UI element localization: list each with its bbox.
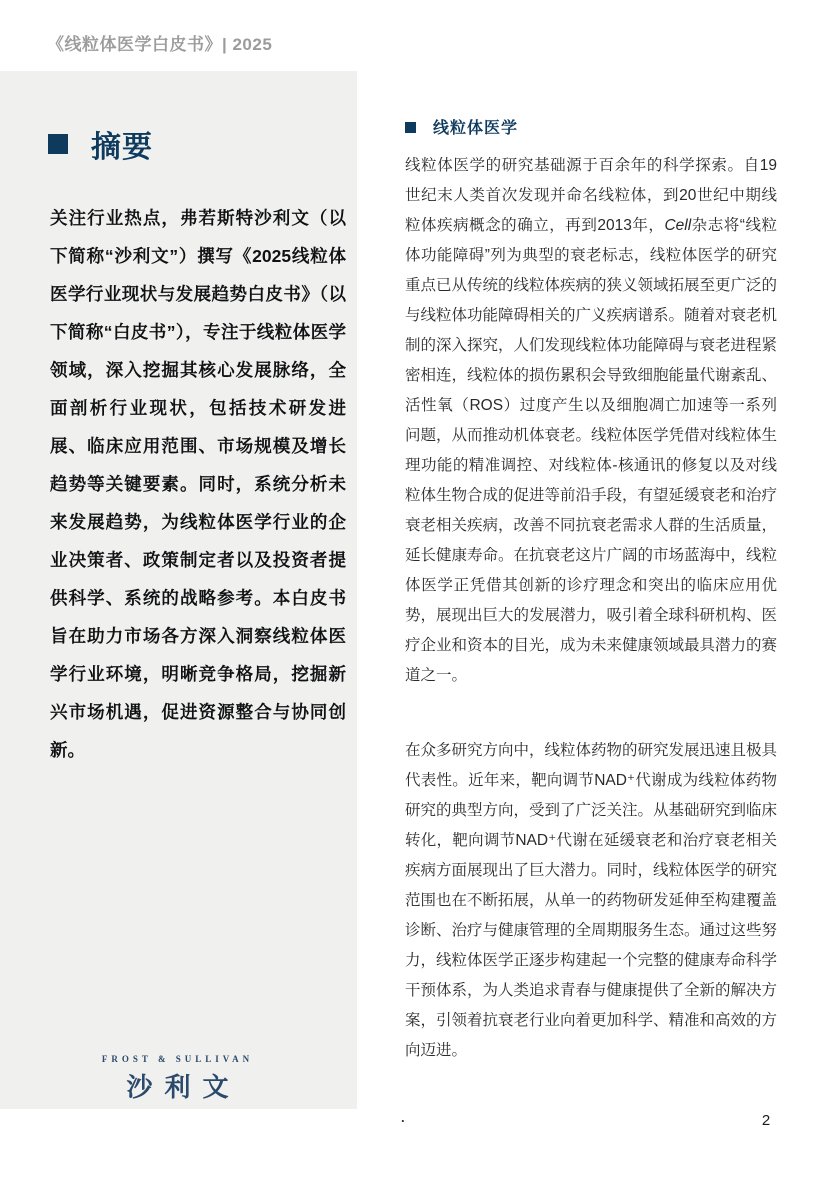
logo-wordmark-english: FROST & SULLIVAN [90, 1054, 265, 1064]
paragraph1-journal-name: Cell [664, 217, 691, 234]
section-header: 线粒体医学 [405, 115, 777, 138]
summary-panel: 摘要 关注行业热点，弗若斯特沙利文（以下简称“沙利文”）撰写《2025线粒体医学… [0, 71, 357, 1109]
page-number: 2 [756, 1112, 776, 1129]
logo-wordmark-chinese: 沙利文 [90, 1067, 265, 1104]
summary-title-row: 摘要 [48, 122, 153, 166]
body-paragraph-2: 在众多研究方向中，线粒体药物的研究发展迅速且极具代表性。近年来，靶向调节NAD⁺… [405, 736, 777, 1066]
summary-body-paragraph: 关注行业热点，弗若斯特沙利文（以下简称“沙利文”）撰写《2025线粒体医学行业现… [50, 199, 346, 769]
frost-sullivan-logo: FROST & SULLIVAN 沙利文 [90, 1054, 265, 1104]
square-bullet-icon [48, 134, 68, 154]
square-bullet-icon [405, 122, 416, 133]
main-column: 线粒体医学 线粒体医学的研究基础源于百余年的科学探索。自19世纪末人类首次发现并… [405, 115, 777, 1066]
section-title: 线粒体医学 [433, 115, 518, 138]
page: { "page": { "header": "《线粒体医学白皮书》| 2025"… [0, 0, 831, 1181]
document-header-title: 《线粒体医学白皮书》| 2025 [47, 30, 272, 55]
body-paragraph-1: 线粒体医学的研究基础源于百余年的科学探索。自19世纪末人类首次发现并命名线粒体，… [405, 151, 777, 691]
paragraph1-text-post: 杂志将“线粒体功能障碍”列为典型的衰老标志，线粒体医学的研究重点已从传统的线粒体… [405, 217, 777, 684]
footer-dot: . [401, 1110, 405, 1125]
summary-title: 摘要 [91, 122, 153, 166]
